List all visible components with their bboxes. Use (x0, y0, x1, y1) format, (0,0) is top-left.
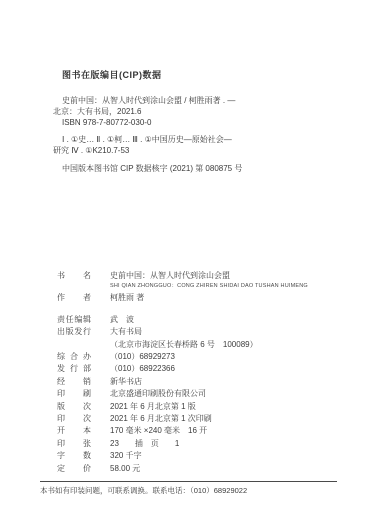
info-row-sheets: 印张 23 插 页 1 (57, 438, 347, 450)
info-row-publisher-address: （北京市海淀区长春桥路 6 号 100089） (57, 339, 347, 351)
info-value-title-pinyin: SHI QIAN ZHONGGUO：CONG ZHIREN SHIDAI DAO… (110, 281, 308, 292)
info-value-price: 58.00 元 (110, 463, 140, 475)
cip-block: 图书在版编目(CIP)数据 史前中国：从智人时代到涂山会盟 / 柯胜雨著 . —… (53, 70, 333, 174)
cip-header: 图书在版编目(CIP)数据 (62, 70, 333, 81)
info-label-author: 作者 (57, 292, 91, 304)
cip-classification-paragraph: Ⅰ . ①史… Ⅱ . ①柯… Ⅲ . ①中国历史—原始社会— 研究 Ⅳ . ①… (53, 134, 333, 156)
info-label-title: 书名 (57, 270, 91, 282)
info-row-printer: 印刷 北京盛通印刷股份有限公司 (57, 388, 347, 400)
info-value-office-phone: （010）68929273 (110, 351, 175, 363)
info-row-author: 作者 柯胜雨 著 (57, 292, 347, 304)
info-row-price: 定价 58.00 元 (57, 463, 347, 475)
info-label-format: 开本 (57, 425, 91, 437)
cip-record-line-2: 北京：大有书局，2021.6 (53, 106, 333, 117)
info-row-office-phone: 综合办 （010）68929273 (57, 351, 347, 363)
info-label-publisher: 出版发行 (57, 326, 91, 338)
info-value-word-count: 320 千字 (110, 450, 142, 462)
info-value-distribution-phone: （010）68922366 (110, 363, 175, 375)
info-label-printer: 印刷 (57, 388, 91, 400)
cip-record-paragraph: 史前中国：从智人时代到涂山会盟 / 柯胜雨著 . — 北京：大有书局，2021.… (53, 95, 333, 128)
publication-info-table: 书名 史前中国：从智人时代到涂山会盟 SHI QIAN ZHONGGUO：CON… (57, 270, 347, 475)
info-label-distribution-phone: 发行部 (57, 363, 91, 375)
cip-class-line-1: Ⅰ . ①史… Ⅱ . ①柯… Ⅲ . ①中国历史—原始社会— (53, 134, 333, 145)
info-row-word-count: 字数 320 千字 (57, 450, 347, 462)
info-value-format: 170 毫米 ×240 毫米 16 开 (110, 425, 207, 437)
info-value-publisher: 大有书局 (110, 326, 142, 338)
info-value-distributor: 新华书店 (110, 376, 142, 388)
info-row-title-pinyin: SHI QIAN ZHONGGUO：CONG ZHIREN SHIDAI DAO… (57, 281, 347, 292)
cip-registry-line: 中国版本图书馆 CIP 数据核字 (2021) 第 080875 号 (53, 163, 333, 174)
info-value-editor: 武 波 (110, 314, 134, 326)
info-row-distributor: 经销 新华书店 (57, 376, 347, 388)
info-row-edition: 版次 2021 年 6 月北京第 1 版 (57, 401, 347, 413)
info-label-office-phone: 综合办 (57, 351, 91, 363)
info-label-word-count: 字数 (57, 450, 91, 462)
info-value-printer: 北京盛通印刷股份有限公司 (110, 388, 206, 400)
info-value-edition: 2021 年 6 月北京第 1 版 (110, 401, 196, 413)
cip-class-line-2: 研究 Ⅳ . ①K210.7-53 (53, 145, 333, 156)
info-label-editor: 责任编辑 (57, 314, 91, 326)
info-label-impression: 印次 (57, 413, 91, 425)
info-label-sheets: 印张 (57, 438, 91, 450)
info-label-edition: 版次 (57, 401, 91, 413)
info-value-impression: 2021 年 6 月北京第 1 次印刷 (110, 413, 212, 425)
info-value-author: 柯胜雨 著 (110, 292, 144, 304)
footer-note-block: 本书如有印装问题，可联系调换。联系电话：（010）68929022 (40, 481, 337, 496)
colophon-page: 图书在版编目(CIP)数据 史前中国：从智人时代到涂山会盟 / 柯胜雨著 . —… (0, 0, 375, 526)
info-row-publisher: 出版发行 大有书局 (57, 326, 347, 338)
info-value-sheets: 23 插 页 1 (110, 438, 179, 450)
info-row-editor: 责任编辑 武 波 (57, 314, 347, 326)
info-label-distributor: 经销 (57, 376, 91, 388)
info-value-publisher-address: （北京市海淀区长春桥路 6 号 100089） (110, 339, 258, 351)
cip-isbn-line: ISBN 978-7-80772-030-0 (53, 117, 333, 128)
info-label-price: 定价 (57, 463, 91, 475)
info-row-format: 开本 170 毫米 ×240 毫米 16 开 (57, 425, 347, 437)
cip-record-line-1: 史前中国：从智人时代到涂山会盟 / 柯胜雨著 . — (53, 95, 333, 106)
footer-note: 本书如有印装问题，可联系调换。联系电话：（010）68929022 (40, 486, 337, 496)
info-row-distribution-phone: 发行部 （010）68922366 (57, 363, 347, 375)
info-row-impression: 印次 2021 年 6 月北京第 1 次印刷 (57, 413, 347, 425)
